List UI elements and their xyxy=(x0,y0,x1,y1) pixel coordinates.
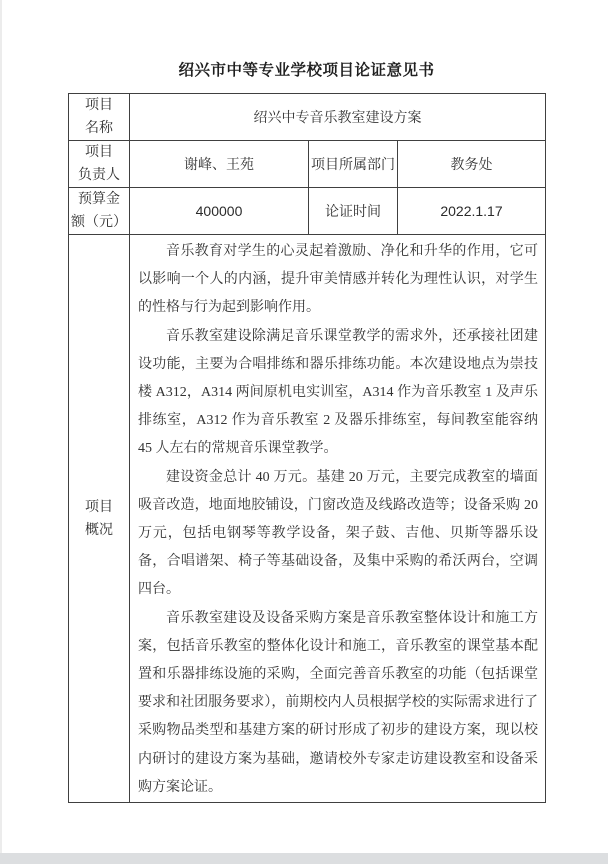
row-overview: 项目 概况 音乐教育对学生的心灵起着激励、净化和升华的作用，它可以影响一个人的内… xyxy=(69,235,546,803)
review-time-value: 2022.1.17 xyxy=(398,188,546,235)
overview-paragraph-3: 建设资金总计 40 万元。基建 20 万元，主要完成教室的墙面吸音改造，地面地胶… xyxy=(138,464,538,605)
document-page: 绍兴市中等专业学校项目论证意见书 项目 名称 绍兴中专音乐教室建设方案 项目 负… xyxy=(0,0,608,853)
review-time-label: 论证时间 xyxy=(309,188,398,235)
row-budget: 预算金 额（元） 400000 论证时间 2022.1.17 xyxy=(69,188,546,235)
overview-paragraph-2: 音乐教室建设除满足音乐课堂教学的需求外，还承接社团建设功能，主要为合唱排练和器乐… xyxy=(138,323,538,464)
viewer-canvas-strip xyxy=(0,853,608,864)
overview-paragraph-1: 音乐教育对学生的心灵起着激励、净化和升华的作用，它可以影响一个人的内涵，提升审美… xyxy=(138,238,538,323)
document-title: 绍兴市中等专业学校项目论证意见书 xyxy=(68,59,545,83)
department-value: 教务处 xyxy=(398,141,546,188)
row-leader: 项目 负责人 谢峰、王苑 项目所属部门 教务处 xyxy=(69,141,546,188)
department-label: 项目所属部门 xyxy=(309,141,398,188)
leader-label: 项目 负责人 xyxy=(69,141,130,188)
project-review-table: 项目 名称 绍兴中专音乐教室建设方案 项目 负责人 谢峰、王苑 项目所属部门 教… xyxy=(68,93,546,803)
row-project-name: 项目 名称 绍兴中专音乐教室建设方案 xyxy=(69,94,546,141)
overview-label: 项目 概况 xyxy=(69,235,130,803)
project-name-label: 项目 名称 xyxy=(69,94,130,141)
leader-value: 谢峰、王苑 xyxy=(130,141,309,188)
project-name-value: 绍兴中专音乐教室建设方案 xyxy=(130,94,546,141)
page-left-edge xyxy=(0,0,2,864)
budget-label: 预算金 额（元） xyxy=(69,188,130,235)
budget-value: 400000 xyxy=(130,188,309,235)
overview-paragraph-4: 音乐教室建设及设备采购方案是音乐教室整体设计和施工方案，包括音乐教室的整体化设计… xyxy=(138,605,538,802)
overview-text: 音乐教育对学生的心灵起着激励、净化和升华的作用，它可以影响一个人的内涵，提升审美… xyxy=(130,235,546,803)
